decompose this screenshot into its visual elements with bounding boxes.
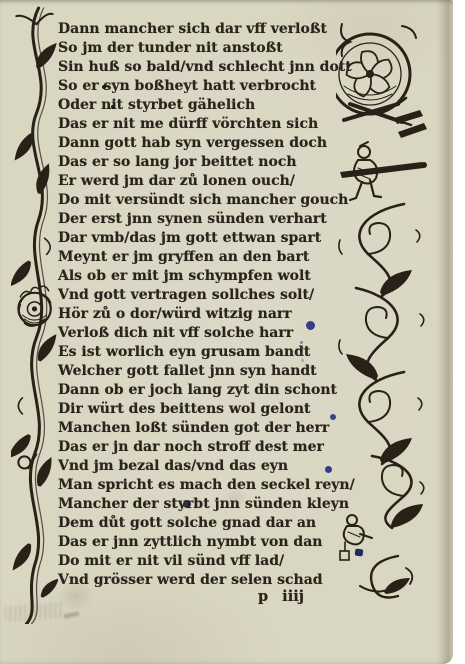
poem-line: Als ob er mit jm schympfen wolt [58,267,344,286]
blue-ink-dot [325,466,332,473]
ink-speck [102,85,106,89]
poem-line: Manchen loßt sünden got der herr [58,419,344,438]
poem-line: Vnd gott vertragen sollches solt/ [58,286,344,305]
right-scroll-border-icon [336,20,428,600]
poem-line: Das er jn dar noch stroff dest mer [58,438,344,457]
book-page-scan: Dann mancher sich dar vff verloßtSo jm d… [0,0,465,664]
poem-line: Meynt er jm gryffen an den bart [58,248,344,267]
poem-line: Sin huß so bald/vnd schlecht jnn dott [58,58,344,77]
poem-line: Dem důt gott solche gnad dar an [58,514,344,533]
poem-line: Man spricht es mach den seckel reyn/ [58,476,344,495]
poem-line: Mancher der styrbt jnn sünden kleyn [58,495,344,514]
poem-line: Do mit versündt sich mancher gouch [58,191,344,210]
poem-line: Oder nit styrbet gähelich [58,96,344,115]
poem-line: Das er jnn zyttlich nymbt von dan [58,533,344,552]
bottom-finial-icon [360,556,412,598]
page-edge-shadow [437,0,453,664]
poem-line: Vnd jm bezal das/vnd das eyn [58,457,344,476]
poem-line: Er werd jm dar zů lonen ouch/ [58,172,344,191]
blue-ink-dot [330,414,336,420]
climbing-figure-icon [340,142,427,200]
blue-dotted-mark [300,341,303,344]
poem-line: Das er so lang jor beittet noch [58,153,344,172]
blue-ink-dot [306,321,315,330]
dark-ink-blot [183,500,191,508]
poem-text-block: Dann mancher sich dar vff verloßtSo jm d… [58,20,344,590]
signature-mark: p iiij [258,588,304,605]
poem-line: Dar vmb/das jm gott ettwan spart [58,229,344,248]
left-floral-border-icon [11,6,58,624]
ink-speck [111,105,115,109]
poem-line: Dann mancher sich dar vff verloßt [58,20,344,39]
poem-line: So jm der tunder nit anstoßt [58,39,344,58]
poem-line: Welcher gott fallet jnn syn handt [58,362,344,381]
poem-line: Dir würt des beittens wol gelont [58,400,344,419]
poem-line: Do mit er nit vil sünd vff lad/ [58,552,344,571]
poem-line: Es ist worlich eyn grusam bandt [58,343,344,362]
poem-line: So er syn boßheyt hatt verbrocht [58,77,344,96]
poem-line: Dann ob er joch lang zyt din schont [58,381,344,400]
poem-line: Dann gott hab syn vergessen doch [58,134,344,153]
poem-line: Hör zů o dor/würd witzig narr [58,305,344,324]
poem-line: Das er nit me dürff vörchten sich [58,115,344,134]
poem-line: Der erst jnn synen sünden verhart [58,210,344,229]
blue-ink-square-stain [355,548,364,556]
